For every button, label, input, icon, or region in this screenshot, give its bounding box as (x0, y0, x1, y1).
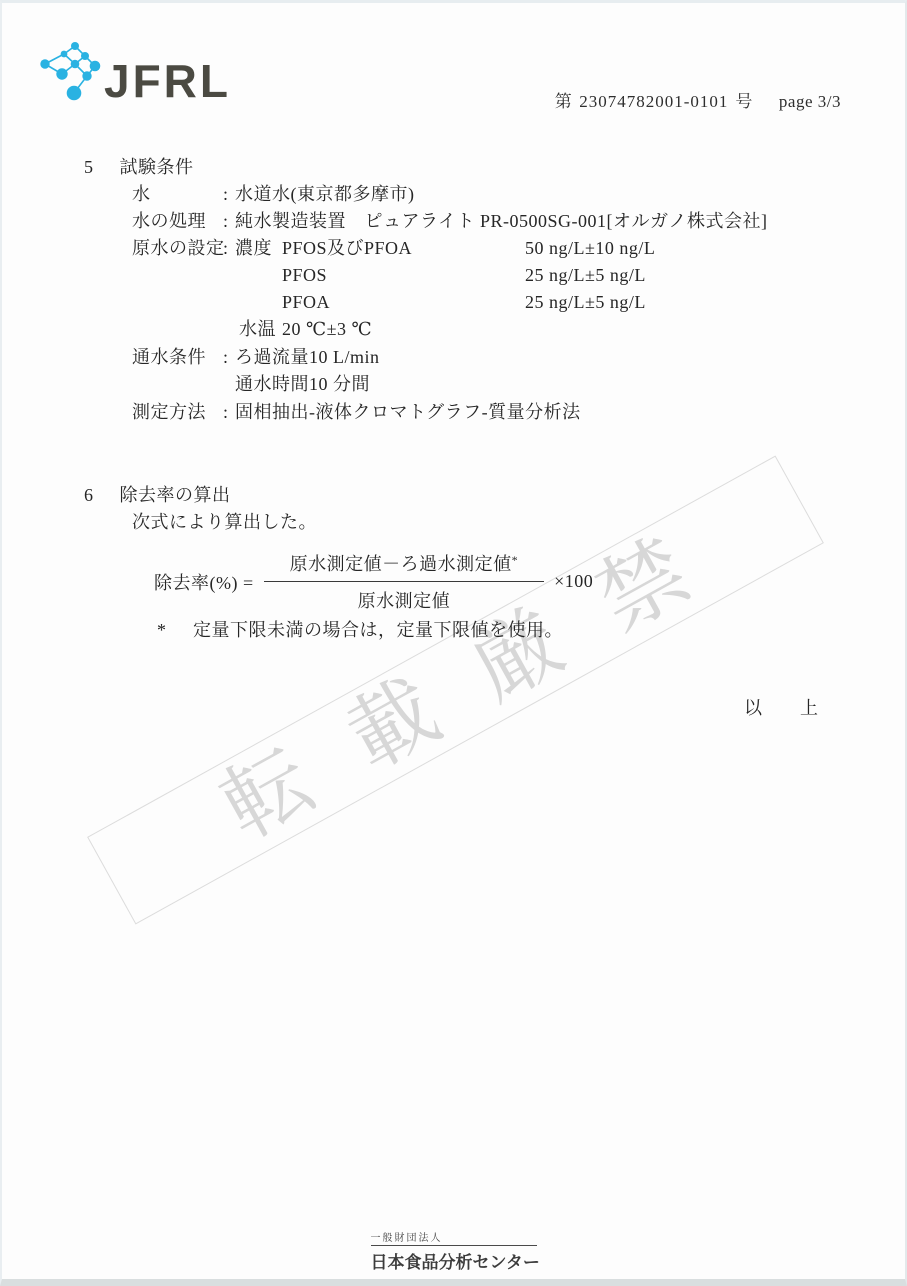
row-value: 10 分間 (309, 372, 370, 396)
formula-footnote: *定量下限未満の場合は，定量下限値を使用。 (157, 616, 563, 642)
row-value: 固相抽出-液体クロマトグラフ-質量分析法 (235, 400, 581, 424)
row-sublabel: 通水時間 (235, 372, 309, 396)
footnote-text: 定量下限未満の場合は，定量下限値を使用。 (193, 620, 563, 640)
org-type: 一般財団法人 (371, 1229, 537, 1246)
org-name: 日本食品分析センター (371, 1248, 537, 1273)
row-label: 水 (132, 182, 151, 206)
formula-multiplier: ×100 (554, 571, 593, 592)
row-value: 水道水(東京都多摩市) (235, 182, 415, 206)
closing-mark: 以 上 (744, 694, 818, 720)
row-sublabel: 水温 (239, 317, 276, 341)
row-sublabel: ろ過流量 (235, 345, 309, 369)
doc-number-prefix: 第 (555, 92, 573, 111)
footnote-asterisk: * (157, 620, 169, 641)
closing-char: 上 (800, 694, 818, 720)
row-water-treatment: 水の処理 : 純水製造装置 ピュアライト PR-0500SG-001[オルガノ株… (132, 209, 872, 233)
row-value: 純水製造装置 ピュアライト PR-0500SG-001[オルガノ株式会社] (235, 209, 767, 233)
row-pfos: PFOS 25 ng/L±5 ng/L (132, 263, 872, 287)
section6-heading: 6除去率の算出 (84, 481, 231, 507)
doc-number: 23074782001-0101 (579, 92, 728, 111)
row-label: 測定方法 (132, 400, 206, 424)
row-colon: : (223, 236, 229, 260)
row-label: 原水の設定 (132, 236, 225, 260)
watermark-char: 禁 (585, 528, 702, 645)
row-label: 水の処理 (132, 209, 206, 233)
row-flow-condition: 通水条件 : ろ過流量 10 L/min (132, 345, 872, 369)
logo-wordmark: JFRL (104, 58, 231, 104)
formula-numerator: 原水測定値－ろ過水測定値* (264, 550, 545, 582)
section6-number: 6 (84, 485, 94, 505)
row-colon: : (223, 345, 229, 369)
row-value: 20 ℃±3 ℃ (282, 317, 372, 341)
row-value: 10 L/min (309, 345, 380, 369)
row-concentration: 25 ng/L±5 ng/L (525, 263, 646, 287)
section6-intro: 次式により算出した。 (132, 508, 317, 534)
row-concentration: 25 ng/L±5 ng/L (525, 290, 646, 314)
formula-fraction: 原水測定値－ろ過水測定値* 原水測定値 (264, 550, 545, 613)
closing-char: 以 (744, 694, 762, 720)
row-source-setting: 原水の設定 : 濃度 PFOS及びPFOA 50 ng/L±10 ng/L (132, 236, 872, 260)
row-water: 水 : 水道水(東京都多摩市) (132, 182, 872, 206)
document-number-line: 第23074782001-0101号page 3/3 (555, 87, 841, 112)
row-colon: : (223, 182, 229, 206)
row-colon: : (223, 400, 229, 424)
section6-title: 除去率の算出 (120, 485, 231, 505)
row-label: 通水条件 (132, 345, 206, 369)
formula-denominator: 原水測定値 (264, 582, 545, 613)
jfrl-logo: JFRL (32, 31, 292, 116)
doc-number-suffix: 号 (735, 92, 753, 111)
numerator-text: 原水測定値－ろ過水測定値 (290, 554, 512, 574)
formula-lhs: 除去率(%) = (154, 569, 254, 595)
row-analyte: PFOA (282, 290, 330, 314)
row-colon: : (223, 209, 229, 233)
removal-rate-formula: 除去率(%) = 原水測定値－ろ過水測定値* 原水測定値 ×100 (154, 550, 593, 613)
row-flow-duration: 通水時間 10 分間 (132, 372, 872, 396)
row-analyte: PFOS (282, 263, 327, 287)
numerator-asterisk: * (512, 553, 519, 567)
report-page: 転 載 厳 禁 JFRL 第230747820 (0, 0, 907, 1286)
section5-heading: 5試験条件 (84, 153, 194, 179)
section5-title: 試験条件 (120, 157, 194, 177)
row-method: 測定方法 : 固相抽出-液体クロマトグラフ-質量分析法 (132, 400, 872, 424)
watermark-char: 載 (335, 666, 452, 783)
footer-logo: 一般財団法人 日本食品分析センター (371, 1229, 537, 1273)
row-temperature: 水温 20 ℃±3 ℃ (132, 317, 872, 341)
row-sublabel: 濃度 (235, 236, 272, 260)
watermark-char: 転 (209, 736, 326, 853)
row-pfoa: PFOA 25 ng/L±5 ng/L (132, 290, 872, 314)
row-concentration: 50 ng/L±10 ng/L (525, 236, 655, 260)
page-indicator: page 3/3 (779, 92, 841, 111)
section5-number: 5 (84, 157, 94, 177)
row-analyte: PFOS及びPFOA (282, 236, 412, 260)
watermark-char: 厳 (460, 597, 577, 714)
